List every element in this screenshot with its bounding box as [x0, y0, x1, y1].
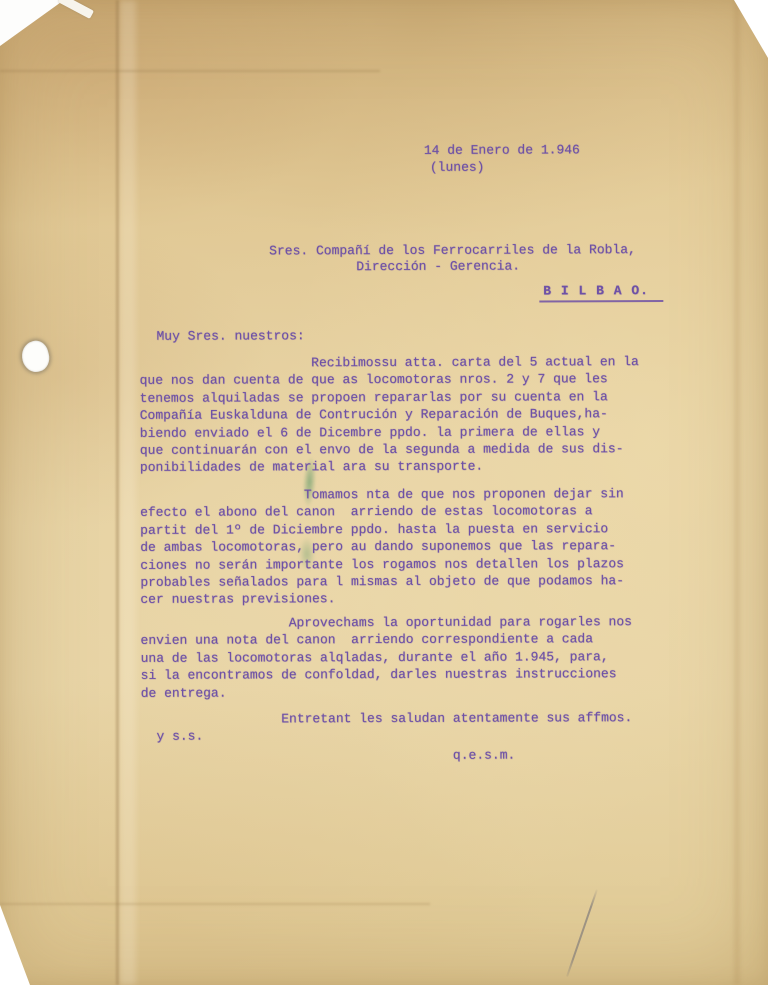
scanned-letter: 14 de Enero de 1.946 (lunes) Sres. Compa… [0, 0, 768, 985]
qesm-line: q.e.s.m. [453, 747, 515, 765]
recipient-city: B I L B A O. [539, 282, 663, 303]
closing-line: Entretant les saludan atentamente sus af… [141, 709, 633, 746]
date-line: 14 de Enero de 1.946 [424, 141, 580, 159]
body-paragraph-2: Tomamos nta de que nos proponen dejar si… [140, 485, 624, 609]
recipient-line-2: Dirección - Gerencia. [356, 258, 520, 276]
body-paragraph-3: Aprovechams la oportunidad para rogarles… [140, 613, 632, 702]
body-paragraph-1: Recibimossu atta. carta del 5 actual en … [140, 353, 640, 477]
weekday-line: (lunes) [430, 159, 485, 177]
typewritten-text-layer: 14 de Enero de 1.946 (lunes) Sres. Compa… [0, 0, 768, 985]
salutation: Muy Sres. nuestros: [156, 327, 304, 345]
